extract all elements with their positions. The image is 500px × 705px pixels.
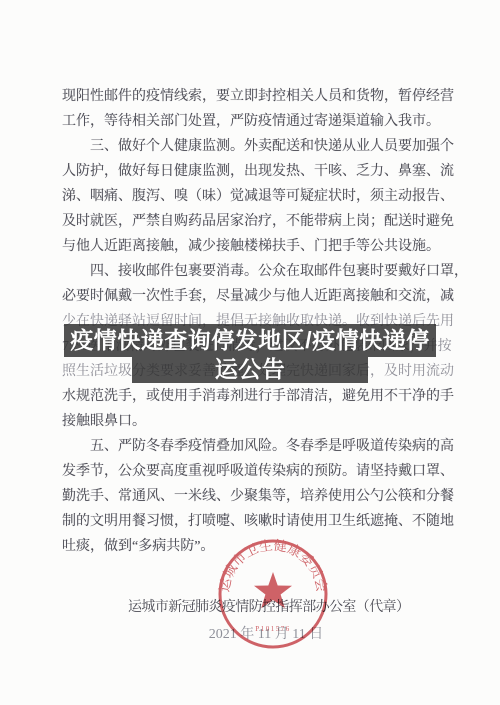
banner-title-line-1: 疫情快递查询停发地区/疫情快递停 — [64, 324, 435, 357]
official-seal: 运城市卫生健康委员会 P101576 — [213, 534, 333, 654]
body-text-line: 发季节，公众要高度重视呼吸道传染病的预防。请坚持戴口罩、 — [62, 459, 440, 484]
body-text-line: 与他人近距离接触，减少接触楼梯扶手、门把手等公共设施。 — [62, 234, 440, 259]
body-text-line: 制的文明用餐习惯，打喷嚏、咳嗽时请使用卫生纸遮掩、不随地 — [62, 509, 440, 534]
banner-title-line-2: 运公告 — [132, 357, 369, 383]
body-text-line: 工作，等待相关部门处置，严防疫情通过寄递渠道输入我市。 — [62, 109, 440, 134]
body-text-line: 水规范洗手，或使用手消毒剂进行手部清洁，避免用不干净的手 — [62, 384, 440, 409]
body-text-line: 五、严防冬春季疫情叠加风险。冬春季是呼吸道传染病的高 — [62, 434, 440, 459]
document-body: 现阳性邮件的疫情线索，要立即封控相关人员和货物，暂停经营工作，等待相关部门处置，… — [62, 84, 440, 559]
body-text-line: 现阳性邮件的疫情线索，要立即封控相关人员和货物，暂停经营 — [62, 84, 440, 109]
body-text-line: 涕、咽痛、腹泻、嗅（味）觉减退等可疑症状时，须主动报告、 — [62, 184, 440, 209]
body-text-line: 三、做好个人健康监测。外卖配送和快递从业人员要加强个 — [62, 134, 440, 159]
body-text-line: 勤洗手、常通风、一米线、少聚集等，培养使用公勺公筷和分餐 — [62, 484, 440, 509]
seal-star-icon — [254, 572, 292, 608]
body-text-line: 及时就医，严禁自购药品居家治疗，不能带病上岗；配送时避免 — [62, 209, 440, 234]
body-text-line: 人防护，做好每日健康监测，出现发热、干咳、乏力、鼻塞、流 — [62, 159, 440, 184]
body-text-line: 接触眼鼻口。 — [62, 409, 440, 434]
body-text-line: 必要时佩戴一次性手套，尽量减少与他人近距离接触和交流，减 — [62, 284, 440, 309]
seal-code: P101576 — [255, 625, 290, 633]
title-banner: 疫情快递查询停发地区/疫情快递停 运公告 — [0, 324, 500, 383]
body-text-line: 四、接收邮件包裹要消毒。公众在取邮件包裹时要戴好口罩， — [62, 259, 440, 284]
document-page: 现阳性邮件的疫情线索，要立即封控相关人员和货物，暂停经营工作，等待相关部门处置，… — [0, 0, 500, 705]
